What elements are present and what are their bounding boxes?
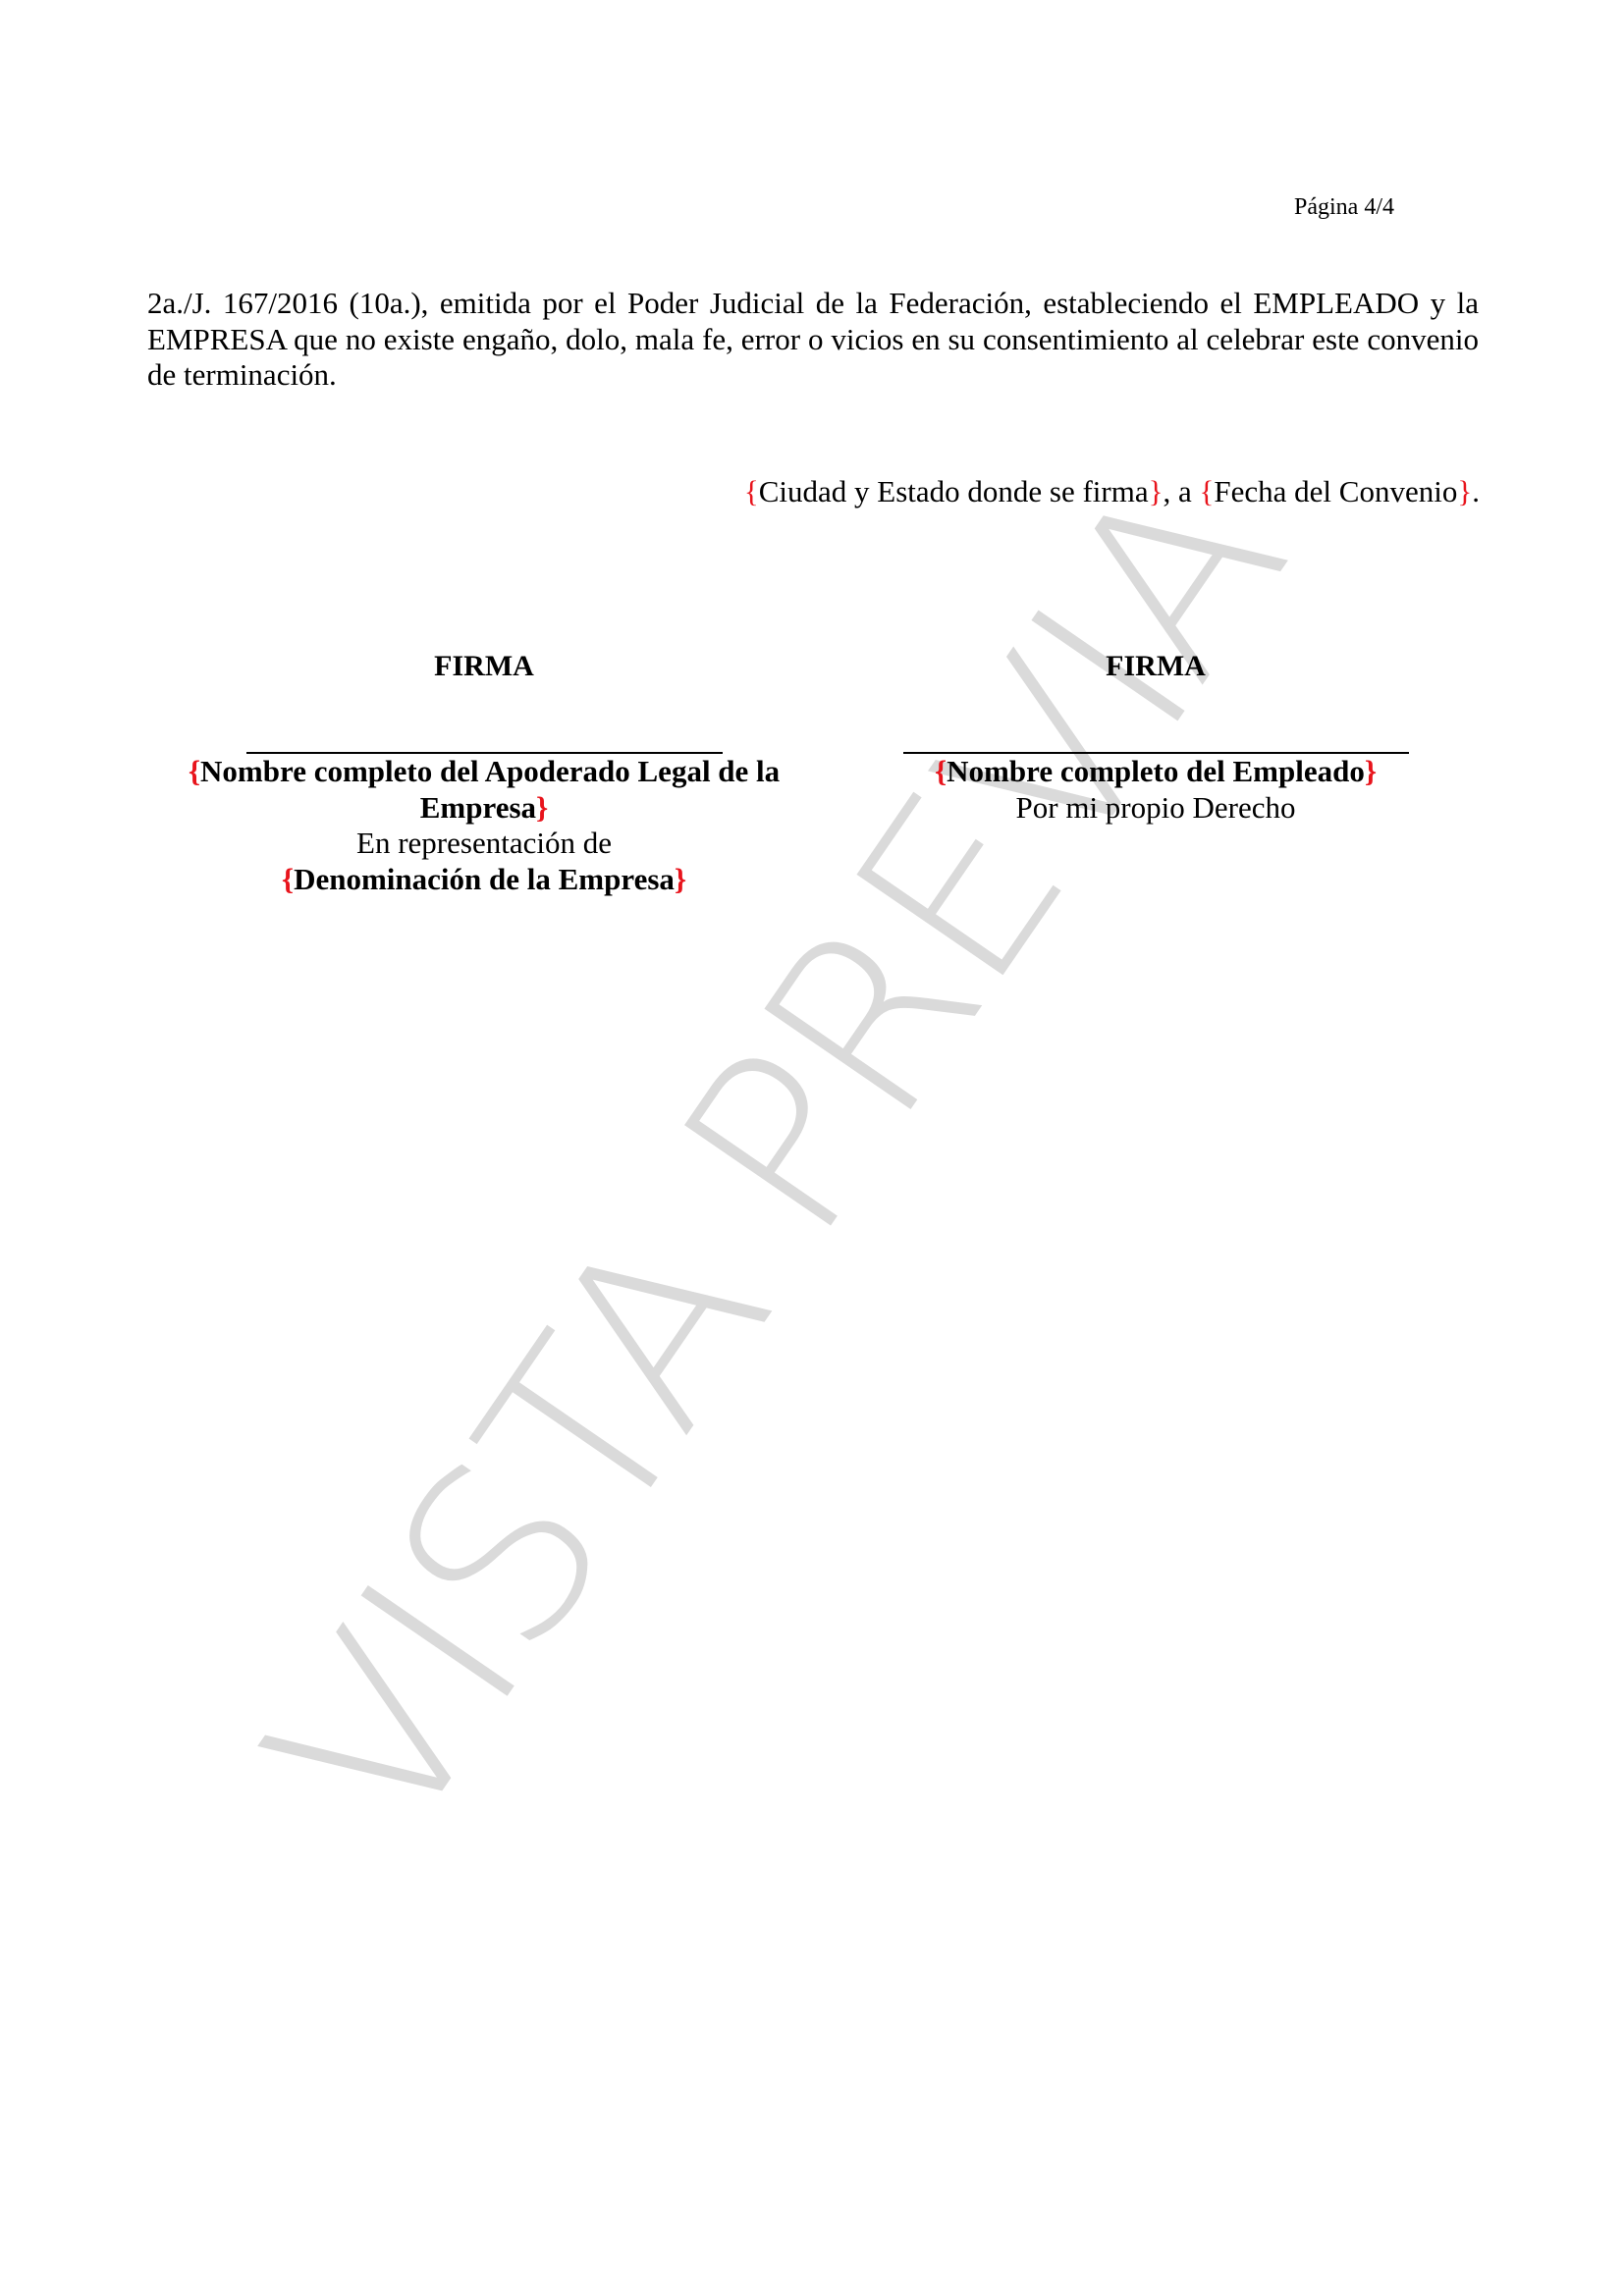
agreement-date-placeholder: Fecha del Convenio: [1214, 474, 1457, 508]
signature-title: FIRMA: [177, 649, 791, 684]
place-date-connector: , a: [1164, 474, 1200, 508]
placeholder-brace-open: {: [935, 754, 947, 788]
company-name: Denominación de la Empresa: [294, 862, 675, 896]
employee-name: Nombre completo del Empleado: [947, 754, 1365, 788]
placeholder-brace-close: }: [536, 790, 548, 825]
representation-label: En representación de: [177, 826, 791, 862]
signature-block-company: FIRMA {Nombre completo del Apoderado Leg…: [177, 649, 791, 897]
placeholder-brace-open: {: [744, 474, 759, 508]
page-number: Página 4/4: [1294, 192, 1394, 222]
company-name-placeholder: {Denominación de la Empresa}: [177, 862, 791, 898]
legal-representative-name-placeholder: {Nombre completo del Apoderado Legal de …: [177, 754, 791, 826]
place-and-date-line: {Ciudad y Estado donde se firma}, a {Fec…: [744, 474, 1480, 509]
placeholder-brace-open: {: [1200, 474, 1215, 508]
own-right-label: Por mi propio Derecho: [886, 790, 1426, 827]
placeholder-brace-open: {: [282, 862, 294, 896]
placeholder-brace-close: }: [1457, 474, 1472, 508]
city-state-placeholder: Ciudad y Estado donde se firma: [759, 474, 1149, 508]
place-date-period: .: [1472, 474, 1480, 508]
signature-block-employee: FIRMA {Nombre completo del Empleado} Por…: [886, 649, 1426, 826]
legal-representative-name: Nombre completo del Apoderado Legal de l…: [200, 754, 780, 825]
placeholder-brace-open: {: [189, 754, 200, 788]
placeholder-brace-close: }: [1149, 474, 1164, 508]
placeholder-brace-close: }: [1365, 754, 1377, 788]
closing-paragraph: 2a./J. 167/2016 (10a.), emitida por el P…: [147, 286, 1479, 394]
placeholder-brace-close: }: [675, 862, 686, 896]
employee-name-placeholder: {Nombre completo del Empleado}: [886, 754, 1426, 790]
signature-title: FIRMA: [886, 649, 1426, 684]
